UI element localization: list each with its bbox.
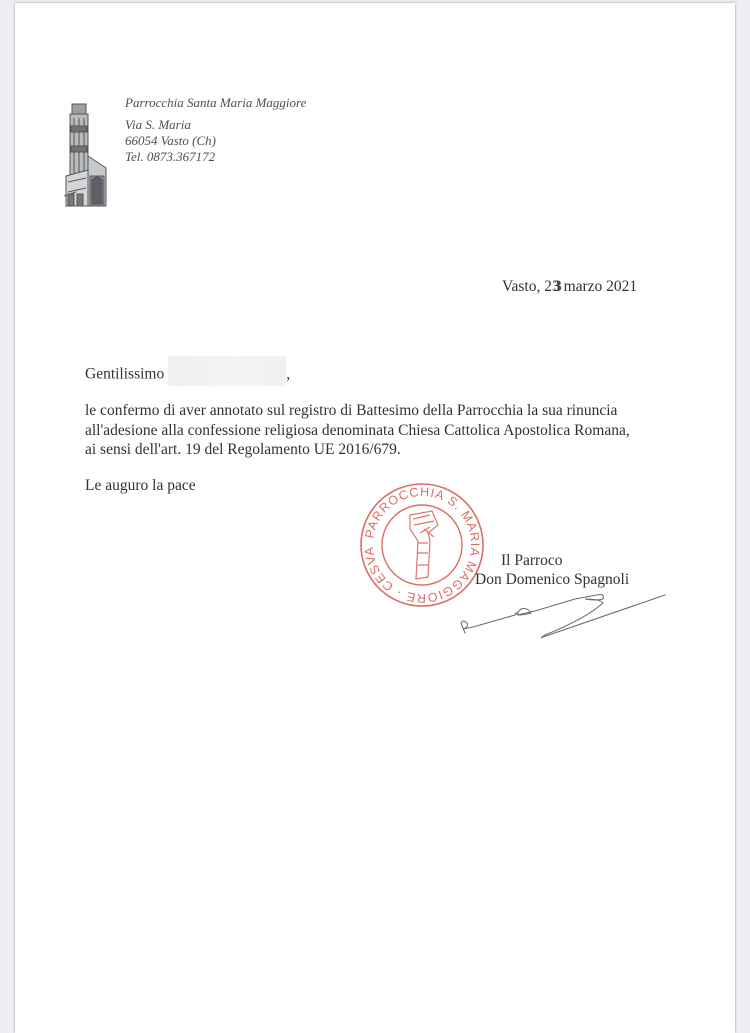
body-line: le confermo di aver annotato sul registr… bbox=[85, 401, 705, 421]
signature-title: Il Parroco bbox=[501, 552, 563, 570]
date-prefix: Vasto, 2 bbox=[502, 278, 552, 295]
address-line-2: 66054 Vasto (Ch) bbox=[125, 133, 306, 149]
handwritten-correction: 3 bbox=[554, 278, 562, 296]
address-line-1: Via S. Maria bbox=[125, 117, 306, 133]
redacted-recipient-name bbox=[168, 356, 286, 386]
letter-date: Vasto, 233 marzo 2021 bbox=[502, 278, 637, 296]
salutation: Gentilissimo, bbox=[85, 364, 290, 386]
date-suffix: marzo 2021 bbox=[560, 278, 637, 295]
document-page: Parrocchia Santa Maria Maggiore Via S. M… bbox=[15, 3, 735, 1019]
body-line: ai sensi dell'art. 19 del Regolamento UE… bbox=[85, 440, 705, 460]
church-tower-icon bbox=[62, 96, 114, 208]
salutation-comma: , bbox=[286, 366, 290, 383]
letter-body: le confermo di aver annotato sul registr… bbox=[85, 401, 705, 460]
closing: Le auguro la pace bbox=[85, 477, 196, 495]
greeting: Gentilissimo bbox=[85, 366, 164, 383]
letterhead: Parrocchia Santa Maria Maggiore Via S. M… bbox=[125, 95, 306, 165]
organization-name: Parrocchia Santa Maria Maggiore bbox=[125, 95, 306, 111]
handwritten-signature bbox=[435, 583, 675, 645]
body-line: all'adesione alla confessione religiosa … bbox=[85, 421, 705, 441]
phone-number: Tel. 0873.367172 bbox=[125, 149, 306, 165]
date-digit: 33 bbox=[552, 278, 560, 296]
